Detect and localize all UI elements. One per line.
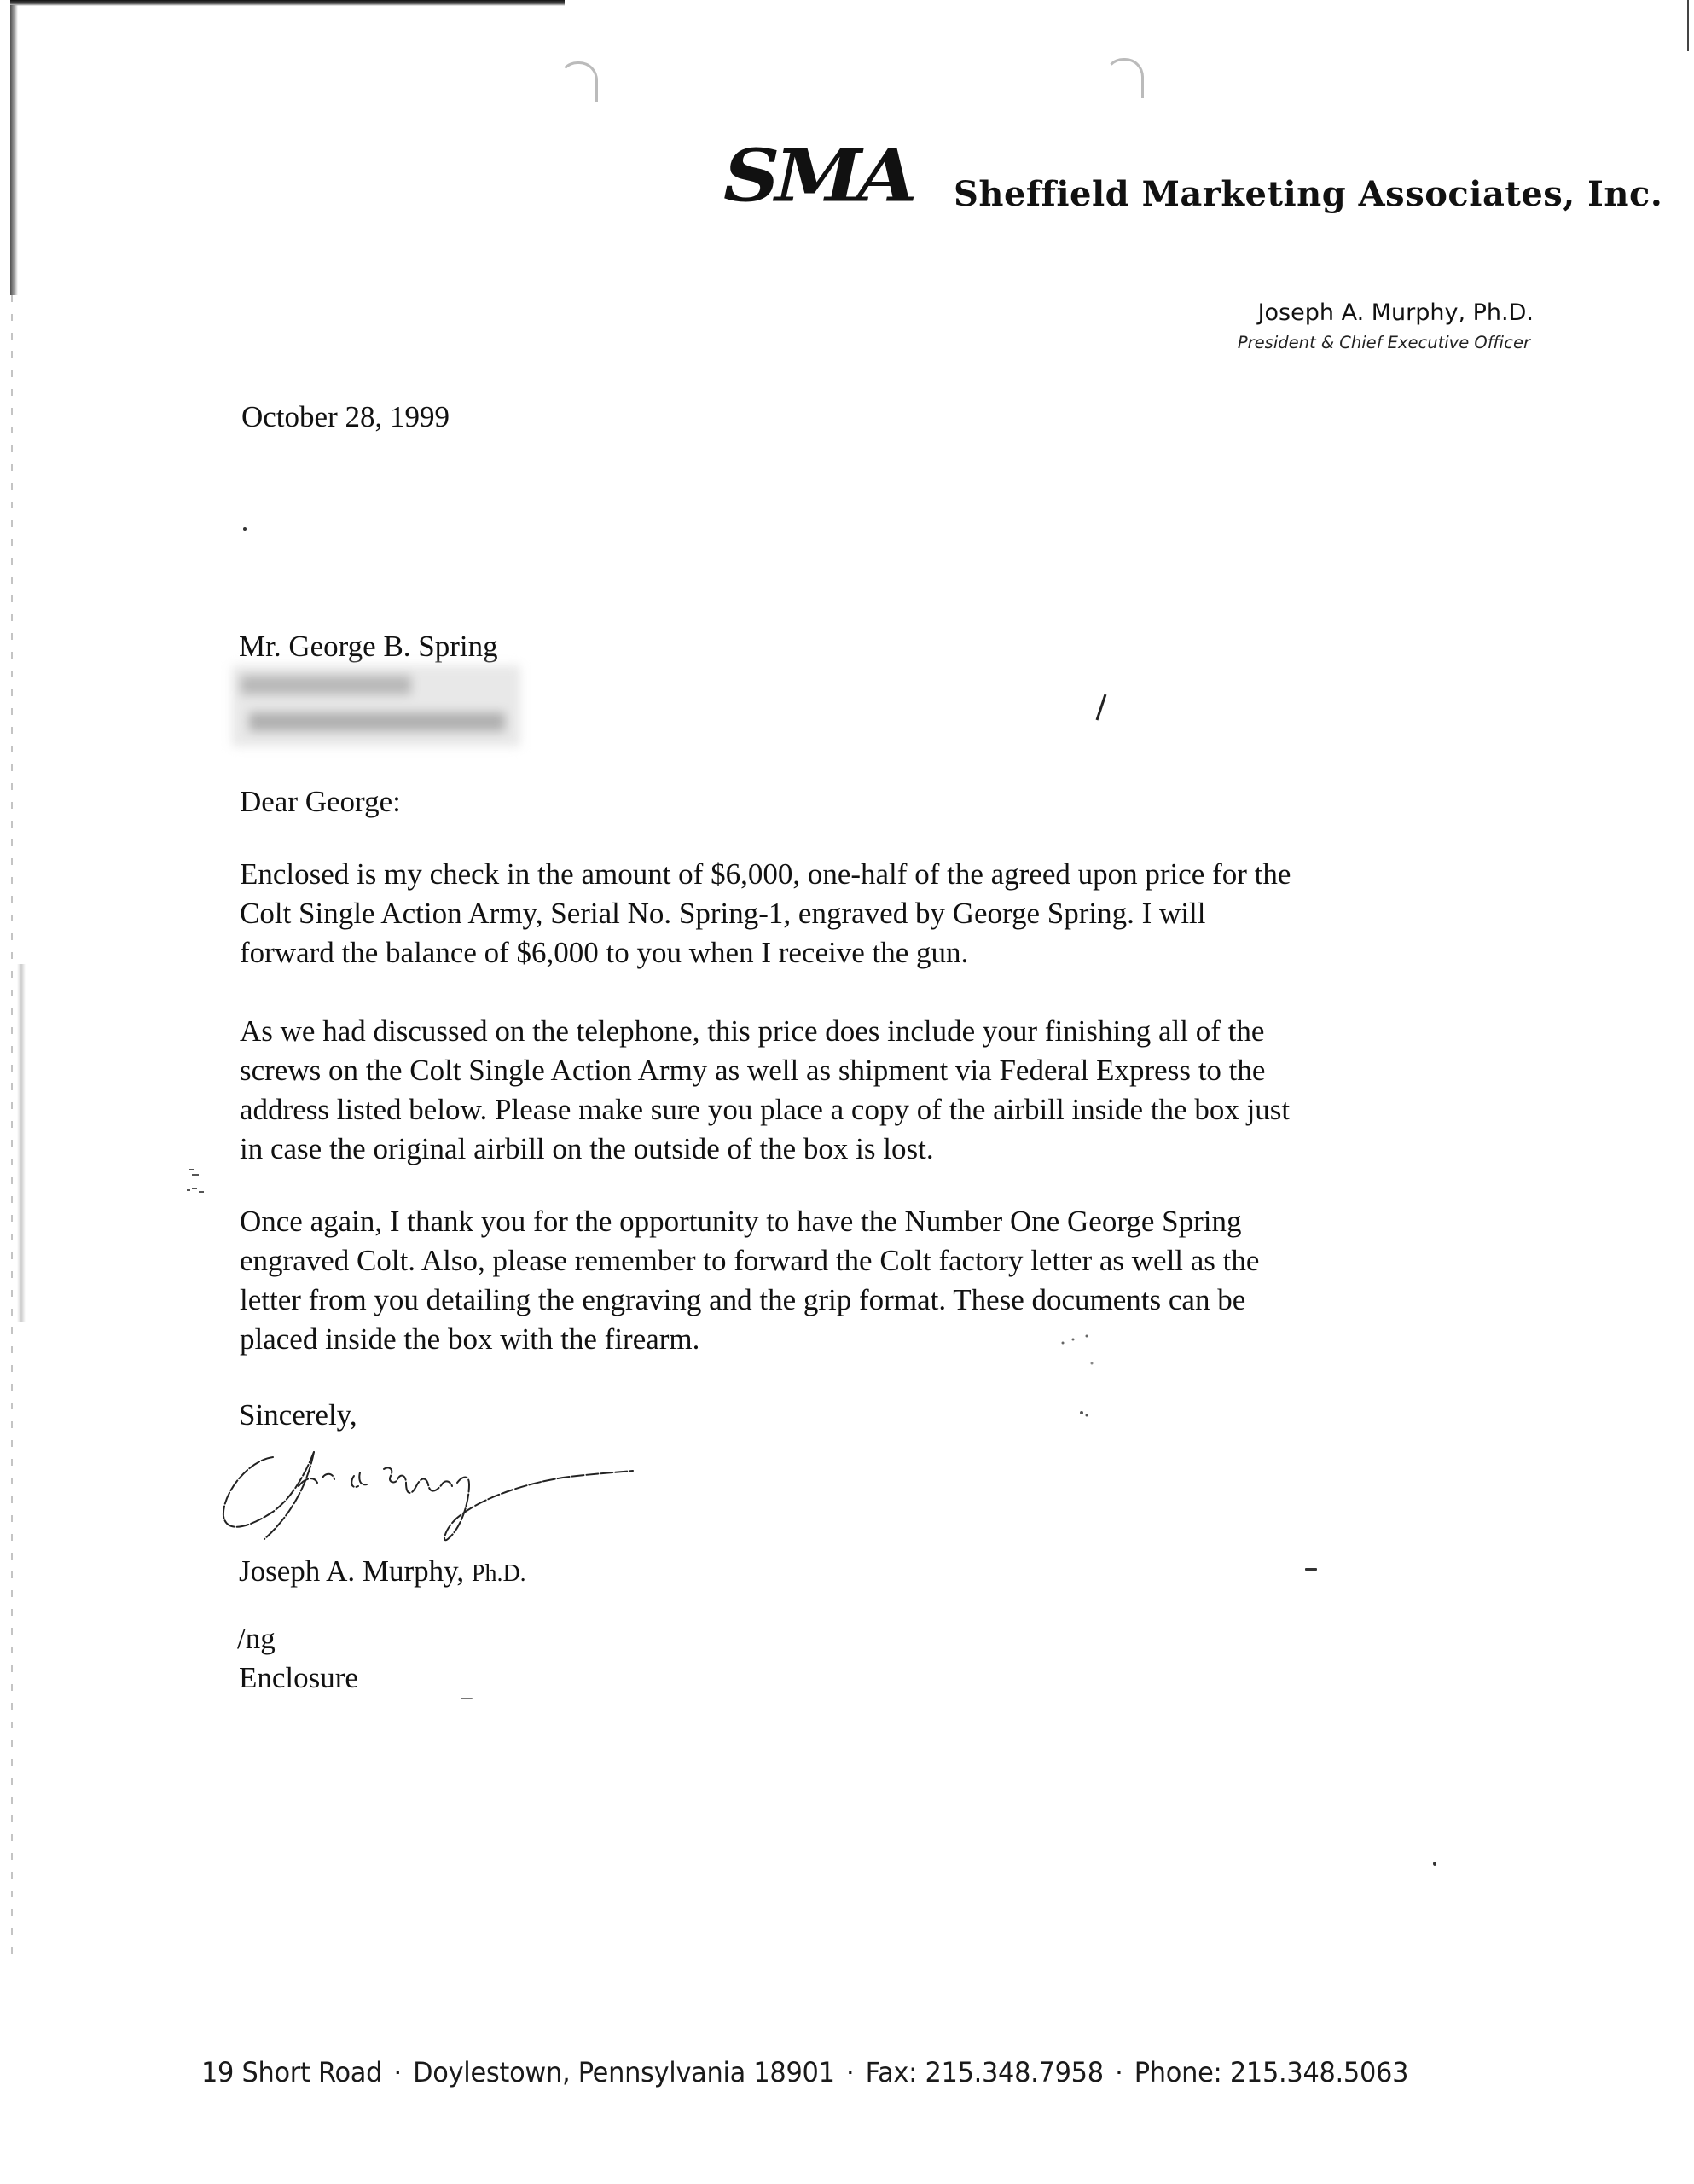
redacted-recipient-address	[232, 665, 520, 746]
paragraph-line: placed inside the box with the firearm.	[240, 1320, 1451, 1359]
company-logo-monogram: SMA	[723, 140, 913, 212]
footer-separator: ·	[1115, 2056, 1123, 2088]
enclosure-note: Enclosure	[239, 1658, 358, 1698]
punch-hole-mark	[559, 61, 598, 102]
footer-fax: Fax: 215.348.7958	[866, 2056, 1104, 2088]
paragraph-line: in case the original airbill on the outs…	[240, 1130, 1451, 1169]
body-paragraph-2: As we had discussed on the telephone, th…	[240, 1012, 1451, 1169]
closing: Sincerely,	[239, 1396, 357, 1435]
scan-speck	[243, 527, 247, 531]
recipient-name: Mr. George B. Spring	[239, 627, 498, 666]
scan-edge-top	[10, 0, 565, 6]
paragraph-line: As we had discussed on the telephone, th…	[240, 1012, 1451, 1051]
scan-edge-left-shadow	[17, 964, 26, 1322]
executive-title: President & Chief Executive Officer	[1238, 334, 1530, 351]
scan-edge-right	[1687, 0, 1689, 51]
footer-city: Doylestown, Pennsylvania 18901	[413, 2056, 835, 2088]
body-paragraph-1: Enclosed is my check in the amount of $6…	[240, 855, 1451, 973]
footer-street: 19 Short Road	[201, 2056, 382, 2088]
body-paragraph-3: Once again, I thank you for the opportun…	[240, 1202, 1451, 1359]
paragraph-line: Once again, I thank you for the opportun…	[240, 1202, 1451, 1241]
scan-stray-mark	[183, 1165, 209, 1203]
scan-edge-left-dashes	[11, 295, 13, 1959]
paragraph-line: forward the balance of $6,000 to you whe…	[240, 933, 1451, 973]
signer-name: Joseph A. Murphy, Ph.D.	[239, 1552, 526, 1594]
footer-contact-line: 19 Short Road·Doylestown, Pennsylvania 1…	[201, 2056, 1408, 2088]
footer-phone: Phone: 215.348.5063	[1134, 2056, 1408, 2088]
paragraph-line: address listed below. Please make sure y…	[240, 1090, 1451, 1130]
company-name: Sheffield Marketing Associates, Inc.	[954, 177, 1662, 212]
paragraph-line: letter from you detailing the engraving …	[240, 1281, 1451, 1320]
punch-hole-mark	[1105, 58, 1144, 98]
salutation: Dear George:	[240, 782, 401, 822]
letter-page: SMA Sheffield Marketing Associates, Inc.…	[0, 0, 1694, 2184]
scan-speck	[1433, 1862, 1436, 1866]
executive-name: Joseph A. Murphy, Ph.D.	[1258, 301, 1534, 324]
paragraph-line: engraved Colt. Also, please remember to …	[240, 1241, 1451, 1281]
paragraph-line: Colt Single Action Army, Serial No. Spri…	[240, 894, 1451, 933]
scan-speck	[1305, 1568, 1317, 1571]
footer-separator: ·	[846, 2056, 854, 2088]
scan-stray-mark	[1092, 691, 1109, 725]
handwritten-signature	[213, 1435, 640, 1546]
letter-date: October 28, 1999	[241, 398, 450, 437]
paragraph-line: Enclosed is my check in the amount of $6…	[240, 855, 1451, 894]
scan-edge-left	[10, 5, 18, 295]
scan-speck	[461, 1698, 473, 1699]
paragraph-line: screws on the Colt Single Action Army as…	[240, 1051, 1451, 1090]
signer-name-text: Joseph A. Murphy,	[239, 1554, 464, 1588]
footer-separator: ·	[393, 2056, 401, 2088]
signer-credential: Ph.D.	[472, 1560, 526, 1587]
typist-initials: /ng	[237, 1619, 276, 1658]
